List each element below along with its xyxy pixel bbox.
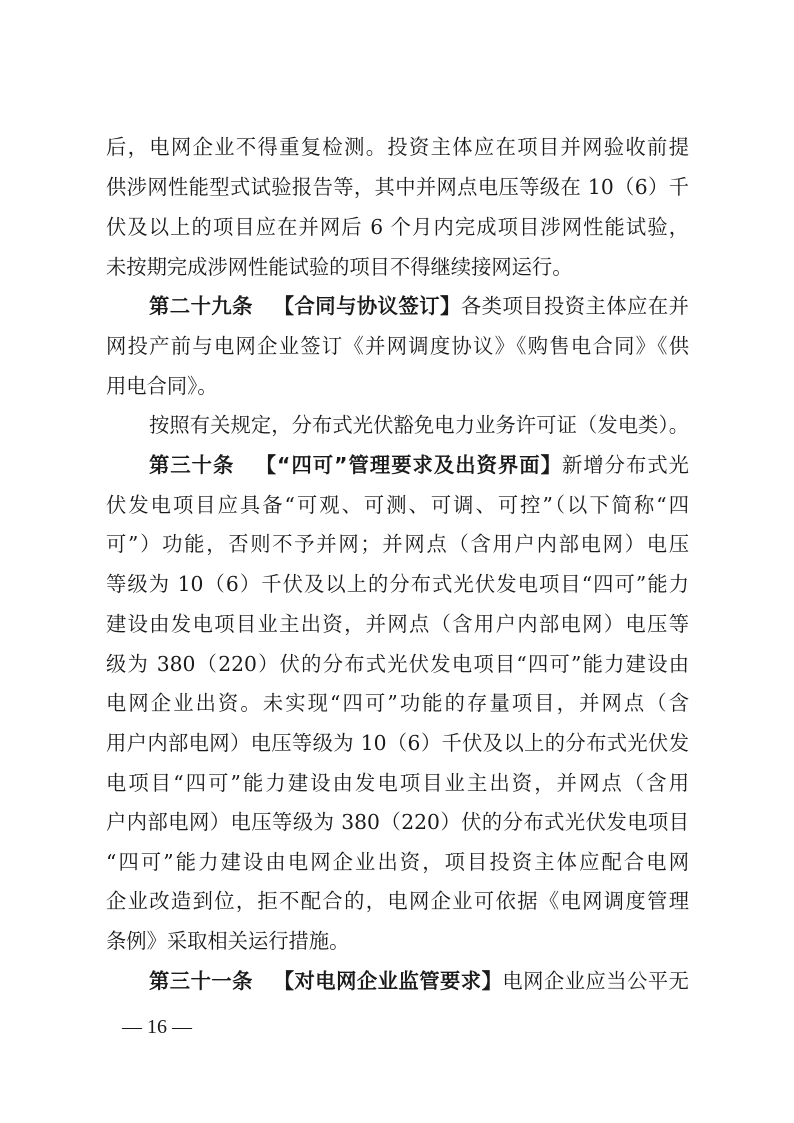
page-number: — 16 — [122,1014,192,1040]
article-text: 新增分布式光 [562,453,689,477]
article-heading: 第二十九条 [149,294,253,318]
article-bracket-title: 【对电网企业监管要求】 [273,969,502,993]
article-30-first-line: 第三十条 【“四可”管理要求及出资界面】新增分布式光 [149,450,689,480]
text-line: “四可”能力建设由电网企业出资，项目投资主体应配合电网 [106,847,689,877]
document-page: 后，电网企业不得重复检测。投资主体应在项目并网验收前提 供涉网性能型式试验报告等… [0,0,794,1123]
text-line: 级为 380（220）伏的分布式光伏发电项目“四可”能力建设由 [106,649,689,679]
text-line: 后，电网企业不得重复检测。投资主体应在项目并网验收前提 [106,132,689,162]
article-31-first-line: 第三十一条 【对电网企业监管要求】电网企业应当公平无 [149,966,689,996]
text-line: 户内部电网）电压等级为 380（220）伏的分布式光伏发电项目 [106,807,689,837]
text-line: 网投产前与电网企业签订《并网调度协议》《购售电合同》《供 [106,331,689,361]
text-line: 电项目“四可”能力建设由发电项目业主出资，并网点（含用 [106,768,689,798]
article-29-first-line: 第二十九条 【合同与协议签订】各类项目投资主体应在并 [149,291,689,321]
text-line: 可”）功能，否则不予并网；并网点（含用户内部电网）电压 [106,529,689,559]
text-line: 未按期完成涉网性能试验的项目不得继续接网运行。 [106,252,689,282]
text-line: 伏发电项目应具备“可观、可测、可调、可控”（以下简称“四 [106,490,689,520]
text-line: 等级为 10（6）千伏及以上的分布式光伏发电项目“四可”能力 [106,569,689,599]
text-line: 按照有关规定，分布式光伏豁免电力业务许可证（发电类）。 [149,410,689,440]
text-line: 用户内部电网）电压等级为 10（6）千伏及以上的分布式光伏发 [106,728,689,758]
text-line: 伏及以上的项目应在并网后 6 个月内完成项目涉网性能试验， [106,212,689,242]
text-line: 用电合同》。 [106,371,689,401]
article-text: 电网企业应当公平无 [502,969,689,993]
text-line: 条例》采取相关运行措施。 [106,926,689,956]
article-heading: 第三十一条 [149,969,253,993]
text-line: 供涉网性能型式试验报告等，其中并网点电压等级在 10（6）千 [106,172,689,202]
article-bracket-title: 【“四可”管理要求及出资界面】 [255,453,562,477]
article-heading: 第三十条 [149,453,234,477]
article-text: 各类项目投资主体应在并 [461,294,689,318]
article-bracket-title: 【合同与协议签订】 [273,294,461,318]
text-line: 建设由发电项目业主出资，并网点（含用户内部电网）电压等 [106,609,689,639]
text-line: 企业改造到位，拒不配合的，电网企业可依据《电网调度管理 [106,886,689,916]
text-line: 电网企业出资。未实现“四可”功能的存量项目，并网点（含 [106,688,689,718]
